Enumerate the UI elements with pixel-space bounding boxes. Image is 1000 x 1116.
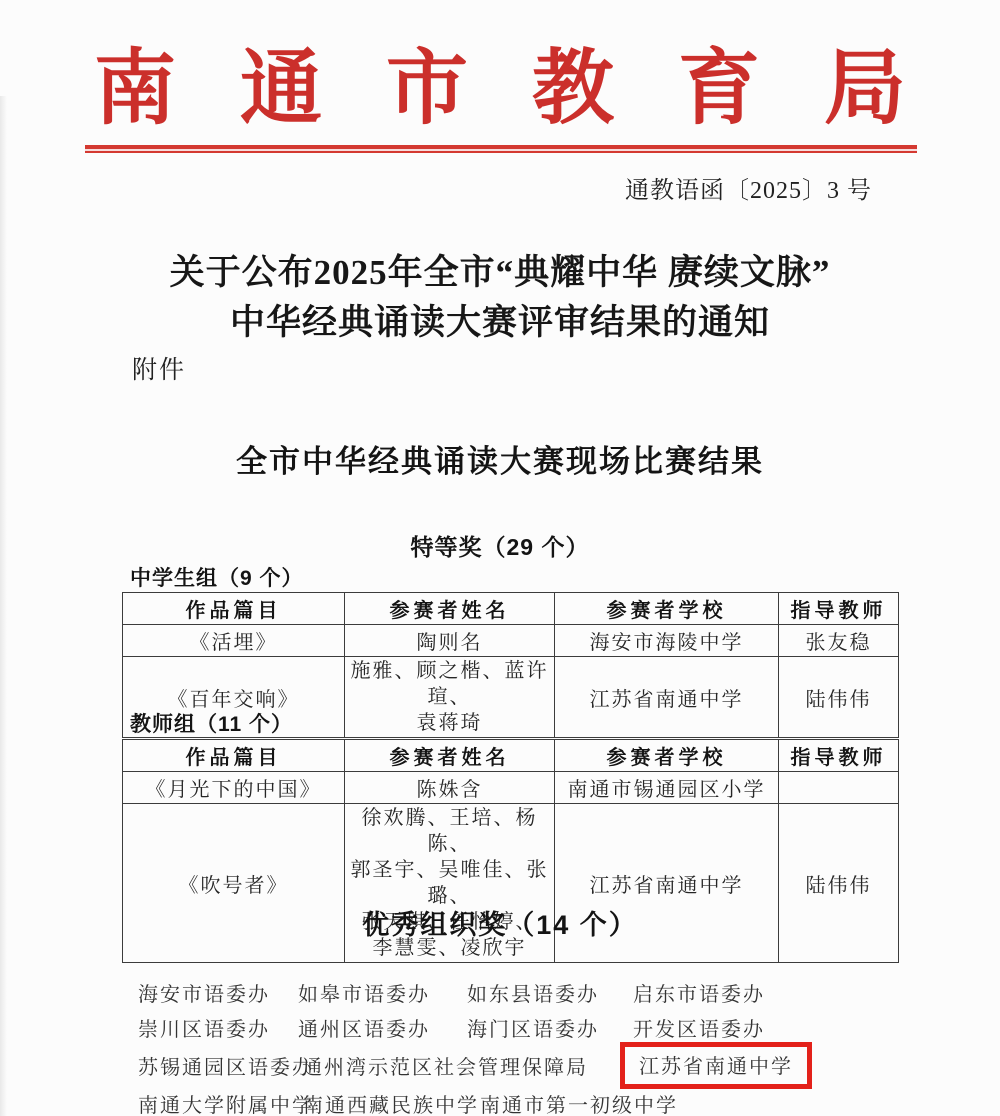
org-award-item: 通州湾示范区社会管理保障局: [302, 1051, 588, 1080]
table-header-row: 作品篇目 参赛者姓名 参赛者学校 指导教师: [123, 740, 899, 772]
notice-title-line2: 中华经典诵读大赛评审结果的通知: [0, 298, 1000, 348]
results-section-title: 全市中华经典诵读大赛现场比赛结果: [0, 436, 1000, 481]
col-header-work-title: 作品篇目: [123, 740, 345, 772]
cell-participant-names: 陈姝含: [345, 772, 555, 804]
org-award-item: 海安市语委办: [138, 978, 270, 1007]
col-header-advisor: 指导教师: [779, 593, 899, 625]
col-header-school: 参赛者学校: [555, 740, 779, 772]
org-award-item: 如东县语委办: [467, 978, 599, 1007]
col-header-school: 参赛者学校: [555, 593, 779, 625]
org-award-item: 苏锡通园区语委办: [138, 1051, 314, 1080]
red-line-thin: [85, 151, 917, 153]
org-award-item: 通州区语委办: [298, 1013, 430, 1042]
document-number: 通教语函〔2025〕3 号: [625, 170, 872, 205]
cell-school: 南通市锡通园区小学: [555, 772, 779, 804]
highlighted-school-red-box: 江苏省南通中学: [620, 1042, 812, 1089]
org-award-item: 海门区语委办: [467, 1013, 599, 1042]
org-award-heading: 优秀组织奖（14 个）: [0, 903, 1000, 942]
notice-title: 关于公布2025年全市“典耀中华 赓续文脉” 中华经典诵读大赛评审结果的通知: [0, 248, 1000, 348]
cell-advisor: [779, 772, 899, 804]
col-header-work-title: 作品篇目: [123, 593, 345, 625]
cell-work-title: 《活埋》: [123, 625, 345, 657]
org-award-item: 启东市语委办: [633, 978, 765, 1007]
cell-participant-names: 施雅、顾之楷、蓝许瑄、 袁蒋琦: [345, 657, 555, 738]
col-header-participant-names: 参赛者姓名: [345, 740, 555, 772]
table-row: 《月光下的中国》 陈姝含 南通市锡通园区小学: [123, 772, 899, 804]
org-award-item: 南通市第一初级中学: [480, 1089, 678, 1116]
cell-school: 江苏省南通中学: [555, 657, 779, 738]
org-award-item: 开发区语委办: [633, 1013, 765, 1042]
org-award-item: 如皋市语委办: [298, 978, 430, 1007]
org-award-item: 崇川区语委办: [138, 1013, 270, 1042]
org-award-item: 南通西藏民族中学: [303, 1089, 479, 1116]
cell-advisor: 陆伟伟: [779, 657, 899, 738]
cell-advisor: 张友稳: [779, 625, 899, 657]
group-label-students: 中学生组（9 个）: [130, 562, 304, 592]
special-award-heading: 特等奖（29 个）: [0, 529, 1000, 562]
table-row: 《活埋》 陶则名 海安市海陵中学 张友稳: [123, 625, 899, 657]
attachment-label: 附件: [132, 350, 186, 386]
table-header-row: 作品篇目 参赛者姓名 参赛者学校 指导教师: [123, 593, 899, 625]
letterhead-red-separator-line: [85, 145, 917, 153]
letterhead-org-name: 南通市教育局: [94, 44, 906, 134]
cell-work-title: 《月光下的中国》: [123, 772, 345, 804]
notice-title-line1: 关于公布2025年全市“典耀中华 赓续文脉”: [0, 248, 1000, 298]
col-header-advisor: 指导教师: [779, 740, 899, 772]
group-label-teachers: 教师组（11 个）: [130, 708, 293, 738]
col-header-participant-names: 参赛者姓名: [345, 593, 555, 625]
cell-participant-names: 陶则名: [345, 625, 555, 657]
org-award-item-highlighted: 江苏省南通中学: [639, 1056, 793, 1078]
cell-school: 海安市海陵中学: [555, 625, 779, 657]
org-award-item: 南通大学附属中学: [138, 1089, 314, 1116]
